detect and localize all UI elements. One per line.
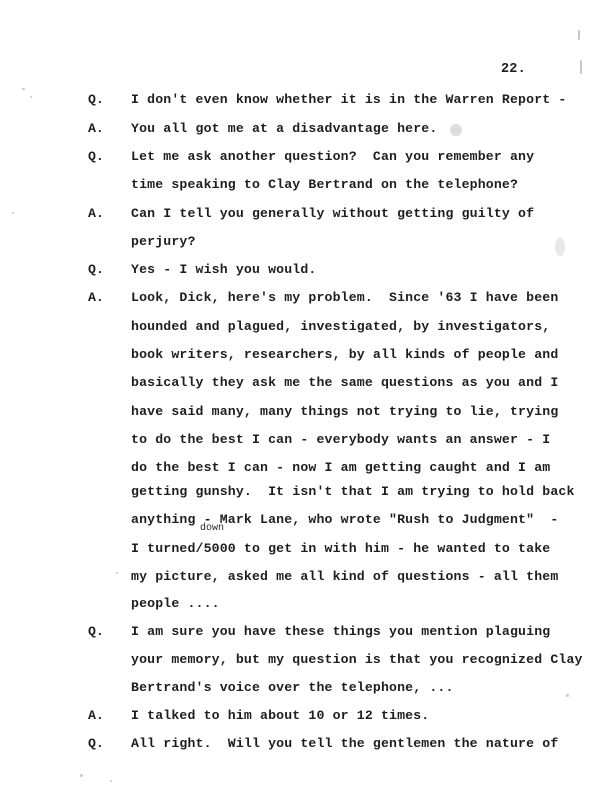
scan-speck bbox=[110, 780, 112, 782]
line-text: hounded and plagued, investigated, by in… bbox=[131, 318, 550, 336]
line-text: perjury? bbox=[131, 233, 196, 251]
transcript-line-continuation: hounded and plagued, investigated, by in… bbox=[0, 318, 612, 336]
speaker-label: Q. bbox=[88, 261, 104, 279]
line-text: anything - Mark Lane, who wrote "Rush to… bbox=[131, 511, 558, 529]
transcript-line-answer: A.I talked to him about 10 or 12 times. bbox=[0, 707, 612, 725]
line-text: Look, Dick, here's my problem. Since '63… bbox=[131, 289, 558, 307]
line-text: your memory, but my question is that you… bbox=[131, 651, 583, 669]
transcript-line-answer: A.Can I tell you generally without getti… bbox=[0, 205, 612, 223]
line-text: I don't even know whether it is in the W… bbox=[131, 91, 566, 109]
line-text: have said many, many things not trying t… bbox=[131, 403, 558, 421]
speaker-label: Q. bbox=[88, 148, 104, 166]
transcript-line-question: Q.I am sure you have these things you me… bbox=[0, 623, 612, 641]
transcript-line-continuation: basically they ask me the same questions… bbox=[0, 374, 612, 392]
scan-speck bbox=[22, 88, 25, 90]
line-text: Can I tell you generally without getting… bbox=[131, 205, 534, 223]
line-text: time speaking to Clay Bertrand on the te… bbox=[131, 176, 518, 194]
line-text: Bertrand's voice over the telephone, ... bbox=[131, 679, 454, 697]
transcript-line-question: Q.I don't even know whether it is in the… bbox=[0, 91, 612, 109]
speaker-label: Q. bbox=[88, 91, 104, 109]
line-text: Let me ask another question? Can you rem… bbox=[131, 148, 534, 166]
transcript-line-question: Q.Yes - I wish you would. bbox=[0, 261, 612, 279]
speaker-label: A. bbox=[88, 289, 104, 307]
handwritten-insertion: down bbox=[200, 523, 224, 535]
transcript-line-continuation: people .... bbox=[0, 595, 612, 613]
transcript-line-continuation: getting gunshy. It isn't that I am tryin… bbox=[0, 483, 612, 501]
scan-speck bbox=[580, 60, 582, 74]
transcript-line-continuation: anything - Mark Lane, who wrote "Rush to… bbox=[0, 511, 612, 529]
line-text: to do the best I can - everybody wants a… bbox=[131, 431, 550, 449]
line-text: my picture, asked me all kind of questio… bbox=[131, 568, 558, 586]
line-text: people .... bbox=[131, 595, 220, 613]
line-text: book writers, researchers, by all kinds … bbox=[131, 346, 558, 364]
scan-speck bbox=[578, 30, 580, 40]
speaker-label: Q. bbox=[88, 623, 104, 641]
page-number: 22. bbox=[501, 62, 526, 77]
transcript-line-continuation: your memory, but my question is that you… bbox=[0, 651, 612, 669]
line-text: Yes - I wish you would. bbox=[131, 261, 316, 279]
speaker-label: Q. bbox=[88, 735, 104, 753]
transcript-line-continuation: book writers, researchers, by all kinds … bbox=[0, 346, 612, 364]
transcript-line-question: Q.All right. Will you tell the gentlemen… bbox=[0, 735, 612, 753]
transcript-line-continuation: Bertrand's voice over the telephone, ... bbox=[0, 679, 612, 697]
line-text: I talked to him about 10 or 12 times. bbox=[131, 707, 429, 725]
line-text: getting gunshy. It isn't that I am tryin… bbox=[131, 483, 575, 501]
line-text: I turned/5000 to get in with him - he wa… bbox=[131, 540, 550, 558]
line-text: You all got me at a disadvantage here. bbox=[131, 120, 437, 138]
transcript-line-continuation: have said many, many things not trying t… bbox=[0, 403, 612, 421]
transcript-line-continuation: my picture, asked me all kind of questio… bbox=[0, 568, 612, 586]
scan-speck bbox=[80, 774, 83, 777]
transcript-line-continuation: time speaking to Clay Bertrand on the te… bbox=[0, 176, 612, 194]
document-page: 22. Q.I don't even know whether it is in… bbox=[0, 0, 612, 791]
transcript-line-continuation: perjury? bbox=[0, 233, 612, 251]
transcript-line-continuation: I turned/5000 to get in with him - he wa… bbox=[0, 540, 612, 558]
transcript-line-continuation: do the best I can - now I am getting cau… bbox=[0, 459, 612, 477]
line-text: I am sure you have these things you ment… bbox=[131, 623, 550, 641]
transcript-line-continuation: to do the best I can - everybody wants a… bbox=[0, 431, 612, 449]
speaker-label: A. bbox=[88, 707, 104, 725]
line-text: All right. Will you tell the gentlemen t… bbox=[131, 735, 558, 753]
transcript-line-answer: A.Look, Dick, here's my problem. Since '… bbox=[0, 289, 612, 307]
line-text: basically they ask me the same questions… bbox=[131, 374, 558, 392]
line-text: do the best I can - now I am getting cau… bbox=[131, 459, 550, 477]
transcript-line-question: Q.Let me ask another question? Can you r… bbox=[0, 148, 612, 166]
speaker-label: A. bbox=[88, 205, 104, 223]
transcript-line-answer: A.You all got me at a disadvantage here. bbox=[0, 120, 612, 138]
speaker-label: A. bbox=[88, 120, 104, 138]
